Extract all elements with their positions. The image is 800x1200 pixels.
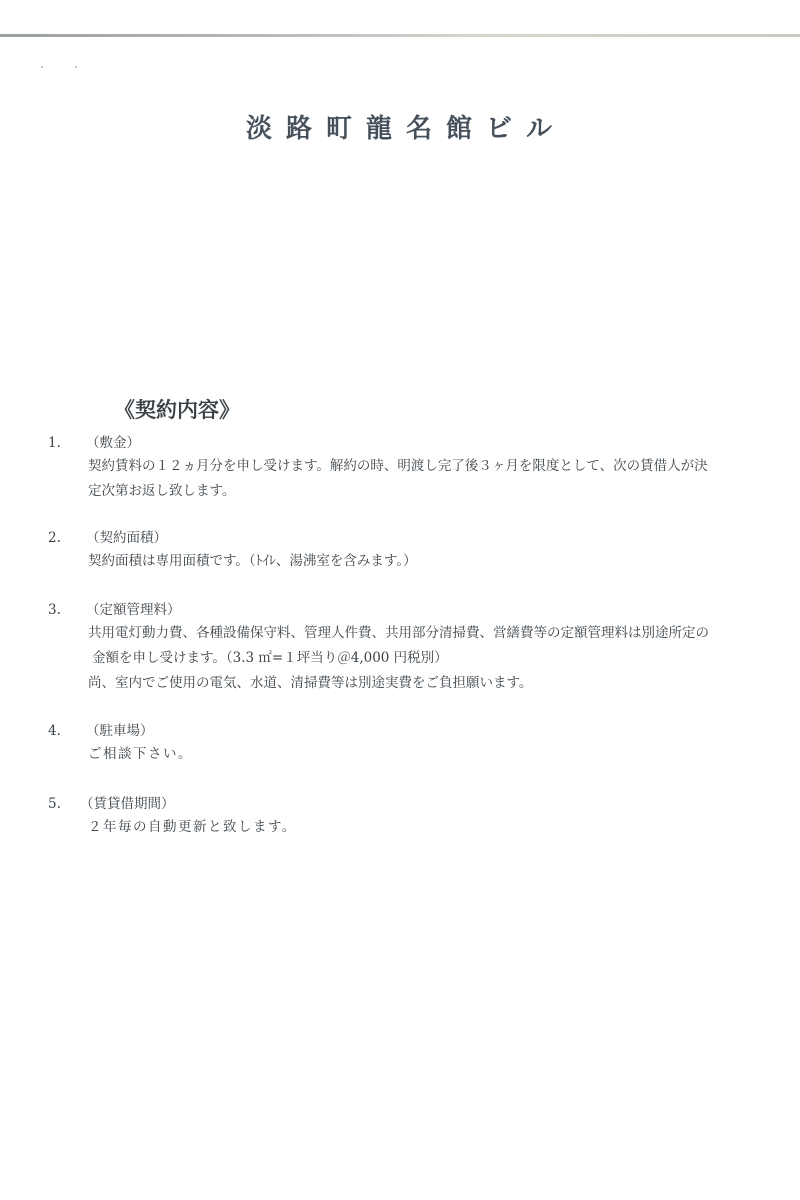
item-text-line: 契約面積は専用面積です。（ﾄｲﾚ、湯沸室を含みます。） — [88, 549, 768, 574]
item-text-line: 尚、室内でご使用の電気、水道、清掃費等は別途実費をご負担願います。 — [88, 671, 768, 696]
item-text-line: 契約賃料の１２ヵ月分を申し受けます。解約の時、明渡し完了後３ヶ月を限度として、次… — [88, 454, 768, 479]
item-heading: （賃貸借期間） — [80, 793, 175, 815]
item-number: 1. — [48, 432, 86, 454]
item-number: 3. — [48, 599, 86, 621]
item-number: 2. — [48, 527, 86, 549]
item-heading: （契約面積） — [86, 527, 167, 549]
item-heading: （定額管理料） — [86, 599, 181, 621]
contract-item-deposit: 1. （敷金） 契約賃料の１２ヵ月分を申し受けます。解約の時、明渡し完了後３ヶ月… — [48, 432, 768, 504]
item-text-line: 定次第お返し致します。 — [88, 479, 768, 504]
scan-speck — [41, 66, 43, 68]
item-text-line: ご相談下さい。 — [88, 742, 768, 767]
scanned-page-edge — [0, 34, 800, 37]
section-heading-contract-terms: 《契約内容》 — [114, 394, 240, 424]
item-heading: （敷金） — [86, 432, 140, 454]
item-text-line: 共用電灯動力費、各種設備保守料、管理人件費、共用部分清掃費、営繕費等の定額管理料… — [88, 621, 768, 646]
contract-item-area: 2. （契約面積） 契約面積は専用面積です。（ﾄｲﾚ、湯沸室を含みます。） — [48, 527, 768, 574]
item-number: 5. — [48, 793, 80, 815]
item-text-line: 金額を申し受けます。（3.3 ㎡=１坪当り＠4,000 円税別） — [88, 646, 768, 671]
document-title: 淡路町龍名館ビル — [0, 108, 800, 145]
scan-speck — [75, 66, 77, 68]
item-number: 4. — [48, 720, 86, 742]
item-text-line: ２年毎の自動更新と致します。 — [88, 815, 768, 840]
contract-item-parking: 4. （駐車場） ご相談下さい。 — [48, 720, 768, 767]
item-heading: （駐車場） — [86, 720, 154, 742]
contract-item-management-fee: 3. （定額管理料） 共用電灯動力費、各種設備保守料、管理人件費、共用部分清掃費… — [48, 599, 768, 696]
contract-item-lease-term: 5. （賃貸借期間） ２年毎の自動更新と致します。 — [48, 793, 768, 840]
